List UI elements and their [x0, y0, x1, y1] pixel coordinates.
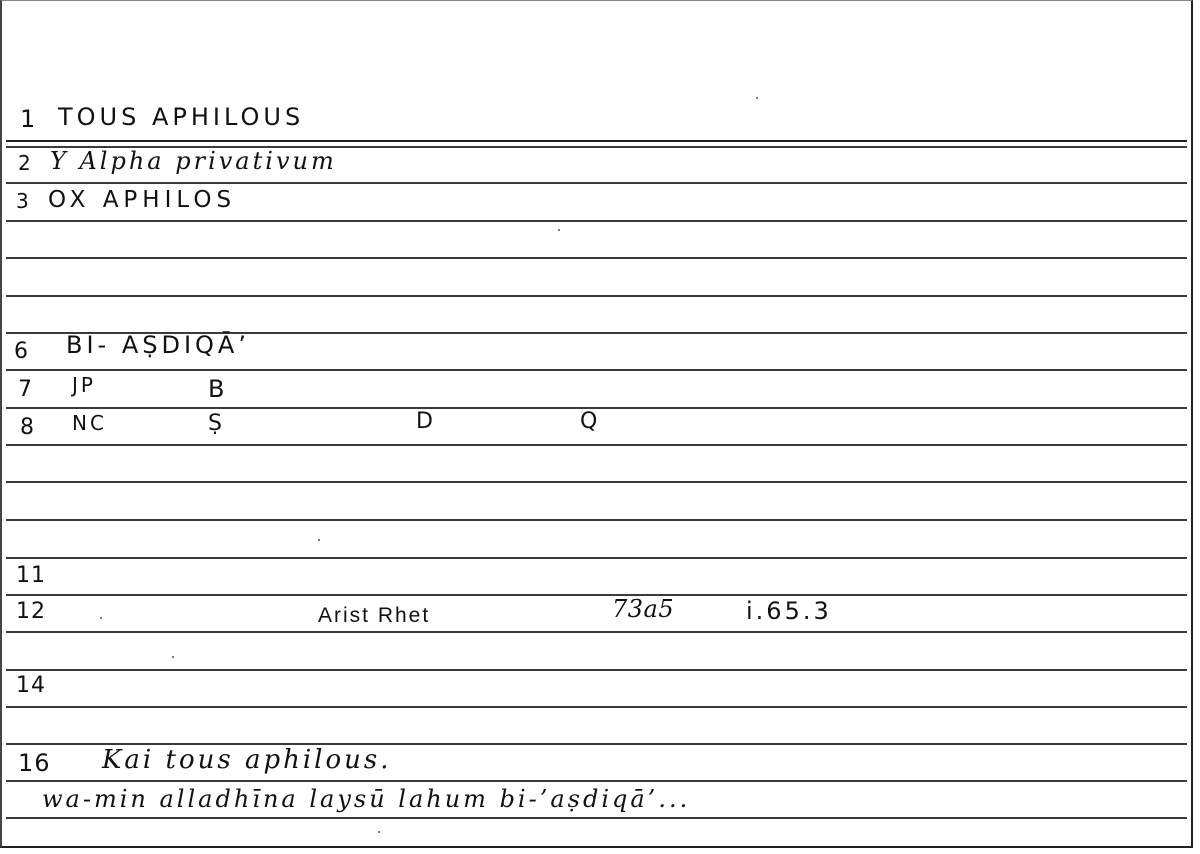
rule-line [6, 182, 1187, 184]
line-col2: Ṣ [208, 411, 223, 436]
line-number: 11 [16, 563, 46, 588]
speck [378, 831, 380, 833]
rule-line [6, 220, 1187, 222]
rule-line [6, 706, 1187, 708]
line-number: 7 [18, 377, 33, 402]
line-number: 16 [18, 749, 51, 777]
rule-line [6, 669, 1187, 671]
rule-line [6, 557, 1187, 559]
line-number: 1 [20, 105, 36, 133]
greek-transliteration: Kai tous aphilous. [102, 745, 392, 775]
line-number: 2 [18, 151, 32, 175]
source-citation: Arist Rhet [318, 604, 430, 628]
line-col3: D [416, 409, 434, 434]
rule-line [6, 481, 1187, 483]
rule-line [6, 444, 1187, 446]
rule-line [6, 140, 1187, 142]
speck [756, 97, 758, 99]
line-col1: JP [72, 373, 96, 397]
arabic-transliteration: wa-min alladhīna laysū lahum bi-’aṣdiqā’… [42, 785, 690, 813]
line-number: 14 [16, 673, 46, 698]
rule-line [6, 369, 1187, 371]
line-col2: B [208, 375, 225, 403]
line-number: 3 [16, 189, 30, 213]
line-text: TOUS APHILOUS [58, 103, 304, 131]
line-number: 6 [14, 339, 29, 364]
rule-line [6, 594, 1187, 596]
rule-line [6, 519, 1187, 521]
speck [558, 229, 560, 231]
arabic-edition-reference: i.65.3 [746, 597, 832, 625]
speck [172, 656, 174, 658]
line-col4: Q [580, 409, 598, 434]
rule-line [6, 817, 1187, 819]
line-number: 8 [20, 415, 35, 440]
speck [100, 617, 102, 619]
index-card: 1 TOUS APHILOUS 2 Y Alpha privativum 3 O… [0, 0, 1193, 848]
rule-line [6, 257, 1187, 259]
rule-line [6, 295, 1187, 297]
line-text: OX APHILOS [48, 187, 236, 213]
bekker-reference: 73a5 [612, 595, 674, 623]
rule-line [6, 780, 1187, 782]
line-text: BI- AṢDIQĀ’ [66, 331, 250, 359]
rule-line [6, 631, 1187, 633]
line-text: Y Alpha privativum [50, 147, 337, 175]
line-number: 12 [16, 599, 46, 624]
line-col1: NC [72, 411, 107, 435]
speck [318, 539, 320, 541]
